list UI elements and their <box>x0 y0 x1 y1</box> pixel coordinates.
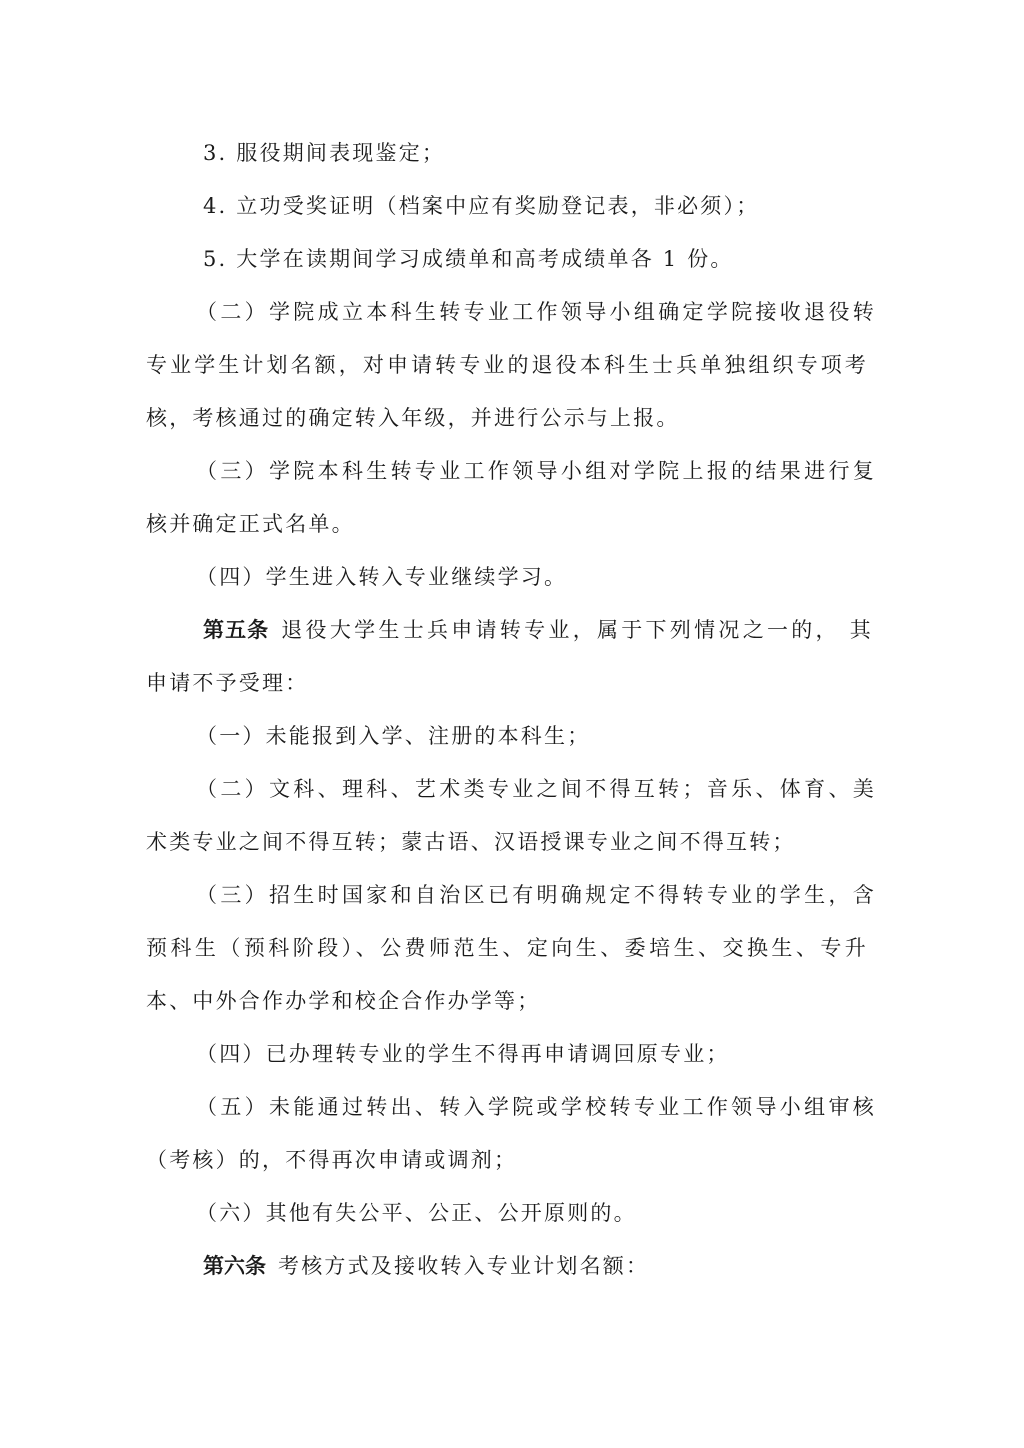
article-6-heading: 第六条考核方式及接收转入专业计划名额： <box>203 1251 933 1281</box>
article-5-item-5-line-1: （五）未能通过转出、转入学院或学校转专业工作领导小组审核 <box>196 1092 876 1122</box>
article-5-text: 退役大学生士兵申请转专业，属于下列情况之一的， 其 <box>281 618 873 642</box>
article-6-label: 第六条 <box>203 1254 266 1278</box>
clause-3-line-1: （三）学院本科生转专业工作领导小组对学院上报的结果进行复 <box>196 456 876 486</box>
article-5-line-1: 第五条退役大学生士兵申请转专业，属于下列情况之一的， 其 <box>203 615 873 645</box>
article-5-item-3-line-1: （三）招生时国家和自治区已有明确规定不得转专业的学生，含 <box>196 880 876 910</box>
article-5-label: 第五条 <box>203 618 269 642</box>
article-5-item-3-line-2: 预科生（预科阶段）、公费师范生、定向生、委培生、交换生、专升 <box>146 933 868 963</box>
item-3-service-evaluation: 3. 服役期间表现鉴定； <box>203 138 933 168</box>
document-page: 3. 服役期间表现鉴定； 4. 立功受奖证明（档案中应有奖励登记表，非必须）； … <box>0 0 1024 1448</box>
clause-4-continue-study: （四）学生进入转入专业继续学习。 <box>196 562 926 592</box>
article-5-item-6: （六）其他有失公平、公正、公开原则的。 <box>196 1198 926 1228</box>
article-5-item-4: （四）已办理转专业的学生不得再申请调回原专业； <box>196 1039 926 1069</box>
clause-2-line-3: 核，考核通过的确定转入年级，并进行公示与上报。 <box>146 403 876 433</box>
clause-3-line-2: 核并确定正式名单。 <box>146 509 876 539</box>
article-5-item-3-line-3: 本、中外合作办学和校企合作办学等； <box>146 986 876 1016</box>
article-6-text: 考核方式及接收转入专业计划名额： <box>278 1254 649 1278</box>
article-5-item-5-line-2: （考核）的，不得再次申请或调剂； <box>146 1145 876 1175</box>
article-5-item-2-line-2: 术类专业之间不得互转；蒙古语、汉语授课专业之间不得互转； <box>146 827 876 857</box>
item-5-transcripts: 5. 大学在读期间学习成绩单和高考成绩单各 1 份。 <box>203 244 933 274</box>
clause-2-line-2: 专业学生计划名额，对申请转专业的退役本科生士兵单独组织专项考 <box>146 350 868 380</box>
article-5-line-2: 申请不予受理： <box>146 668 876 698</box>
article-5-item-1: （一）未能报到入学、注册的本科生； <box>196 721 926 751</box>
clause-2-line-1: （二）学院成立本科生转专业工作领导小组确定学院接收退役转 <box>196 297 876 327</box>
article-5-item-2-line-1: （二）文科、理科、艺术类专业之间不得互转；音乐、体育、美 <box>196 774 876 804</box>
item-4-award-certificate: 4. 立功受奖证明（档案中应有奖励登记表，非必须）； <box>203 191 933 221</box>
